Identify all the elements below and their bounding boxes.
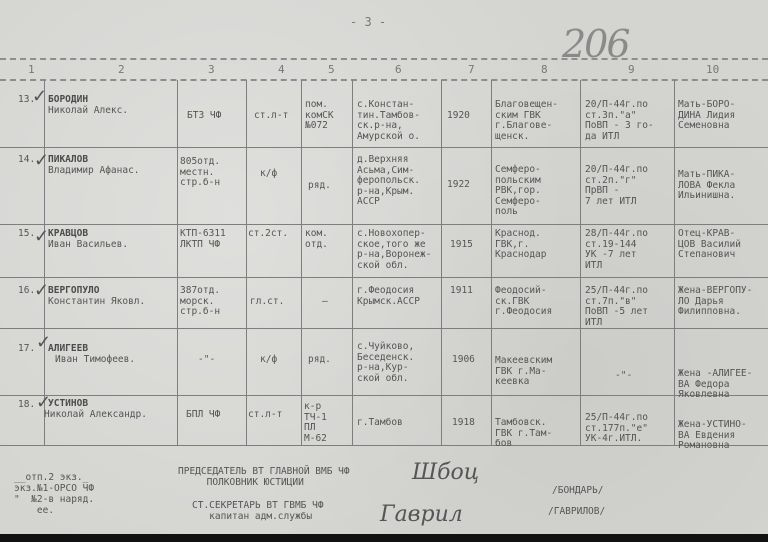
relatives: Жена-УСТИНО- ВА Евдения Романовна bbox=[678, 420, 747, 452]
relatives: Жена -АЛИГЕЕ- ВА Федора Яковлевна bbox=[678, 369, 752, 401]
archival-document-page: - 3 - 206 1 2 3 4 5 6 7 8 9 10 ✓ 13. БОР… bbox=[0, 0, 768, 534]
unit: КТП-6311 ЛКТП ЧФ bbox=[180, 229, 226, 250]
given-name: Николай Алекс. bbox=[48, 106, 128, 117]
chairman-name: /БОНДАРЬ/ bbox=[552, 485, 603, 496]
birth-year: 1922 bbox=[447, 180, 470, 191]
header-rule-top bbox=[0, 58, 768, 60]
column-number: 5 bbox=[328, 63, 335, 76]
drafted-by: Краснод. ГВК,г. Краснодар bbox=[495, 229, 546, 261]
row-divider bbox=[0, 147, 768, 148]
position: ряд. bbox=[308, 355, 331, 366]
relatives: Мать-БОРО- ДИНА Лидия Семеновна bbox=[678, 100, 735, 132]
surname: ПИКАЛОВ bbox=[48, 155, 88, 166]
row-number: 16. bbox=[18, 286, 35, 297]
relatives: Жена-ВЕРГОПУ- ЛО Дарья Филипповна. bbox=[678, 286, 752, 318]
rank: ст.л-т bbox=[254, 111, 288, 122]
scan-edge bbox=[0, 534, 768, 542]
relatives: Отец-КРАВ- ЦОВ Василий Степанович bbox=[678, 229, 741, 261]
row-divider bbox=[0, 395, 768, 396]
column-divider bbox=[441, 80, 442, 445]
birthplace: г.Феодосия Крымск.АССР bbox=[357, 286, 420, 307]
row-number: 17. bbox=[18, 344, 35, 355]
unit: БПЛ ЧФ bbox=[186, 410, 220, 421]
sentence: 25/П-44г.по ст.177п."е" УК-4г.ИТЛ. bbox=[585, 413, 648, 445]
chairman-title: ПРЕДСЕДАТЕЛЬ ВТ ГЛАВНОЙ ВМБ ЧФ ПОЛКОВНИК… bbox=[178, 466, 350, 488]
sentence: 25/П-44г.по ст.7п."в" ПоВП -5 лет ИТЛ bbox=[585, 286, 648, 328]
birthplace: с.Новохопер- ское,того же р-на,Воронеж- … bbox=[357, 229, 431, 271]
rank: к/ф bbox=[260, 169, 277, 180]
column-number: 4 bbox=[278, 63, 285, 76]
birth-year: 1915 bbox=[450, 240, 473, 251]
checkmark-icon: ✓ bbox=[34, 280, 49, 301]
birth-year: 1911 bbox=[450, 286, 473, 297]
position: ряд. bbox=[308, 181, 331, 192]
checkmark-icon: ✓ bbox=[34, 226, 49, 247]
birthplace: с.Констан- тин.Тамбов- ск.р-на, Амурской… bbox=[357, 100, 420, 142]
drafted-by: Макеевским ГВК г.Ма- кеевка bbox=[495, 356, 552, 388]
column-number: 8 bbox=[541, 63, 548, 76]
row-number: 15. bbox=[18, 229, 35, 240]
surname: КРАВЦОВ bbox=[48, 229, 88, 240]
birth-year: 1920 bbox=[447, 111, 470, 122]
column-number: 3 bbox=[208, 63, 215, 76]
column-divider bbox=[491, 80, 492, 445]
column-number: 7 bbox=[468, 63, 475, 76]
drafted-by: Семферо- польским РВК,гор. Семферо- поль bbox=[495, 165, 541, 218]
surname: УСТИНОВ bbox=[48, 399, 88, 410]
birth-year: 1906 bbox=[452, 355, 475, 366]
birthplace: д.Верхняя Асьма,Сим- феропольск. р-на,Кр… bbox=[357, 155, 420, 208]
given-name: Владимир Афанас. bbox=[48, 166, 140, 177]
row-divider bbox=[0, 224, 768, 225]
given-name: Николай Александр. bbox=[44, 410, 147, 421]
chairman-signature: Шбоц bbox=[412, 460, 479, 485]
row-divider bbox=[0, 277, 768, 278]
drafted-by: Феодосий- ск.ГВК г.Феодосия bbox=[495, 286, 552, 318]
position: к-р ТЧ-1 ПЛ М-62 bbox=[304, 402, 327, 444]
column-number: 10 bbox=[706, 63, 719, 76]
drafted-by: Благовещен- ским ГВК г.Благове- щенск. bbox=[495, 100, 558, 142]
row-number: 13. bbox=[18, 95, 35, 106]
row-number: 18. bbox=[18, 400, 35, 411]
header-rule-bottom bbox=[0, 79, 768, 81]
column-divider bbox=[246, 80, 247, 445]
sentence: 28/П-44г.по ст.19-144 УК -7 лет ИТЛ bbox=[585, 229, 648, 271]
surname: ВЕРГОПУЛО bbox=[48, 286, 99, 297]
given-name: Константин Яковл. bbox=[48, 297, 145, 308]
column-divider bbox=[580, 80, 581, 445]
column-number: 6 bbox=[395, 63, 402, 76]
secretary-title: СТ.СЕКРЕТАРЬ ВТ ГВМБ ЧФ капитан адм.служ… bbox=[192, 500, 324, 522]
checkmark-icon: ✓ bbox=[34, 150, 49, 171]
birthplace: с.Чуйково, Беседенск. р-на,Кур- ской обл… bbox=[357, 342, 414, 384]
row-divider bbox=[0, 445, 768, 446]
surname: АЛИГЕЕВ bbox=[48, 344, 88, 355]
secretary-name: /ГАВРИЛОВ/ bbox=[548, 506, 605, 517]
rank: ст.2ст. bbox=[248, 229, 288, 240]
column-number: 2 bbox=[118, 63, 125, 76]
unit: 387отд. морск. стр.б-н bbox=[180, 286, 220, 318]
sentence: -"- bbox=[615, 371, 632, 382]
position: пом. комСК №072 bbox=[305, 100, 334, 132]
rank: гл.ст. bbox=[250, 297, 284, 308]
position: ком. отд. bbox=[305, 229, 328, 250]
column-divider bbox=[44, 80, 45, 445]
secretary-signature: Гаврил bbox=[380, 502, 463, 527]
unit: 805отд. местн. стр.б-н bbox=[180, 157, 220, 189]
column-divider bbox=[674, 80, 675, 445]
relatives: Мать-ПИКА- ЛОВА Фекла Ильинишна. bbox=[678, 170, 735, 202]
row-divider bbox=[0, 328, 768, 329]
column-divider bbox=[352, 80, 353, 445]
page-number: - 3 - bbox=[350, 15, 386, 29]
rank: ст.л-т bbox=[248, 410, 282, 421]
column-divider bbox=[301, 80, 302, 445]
surname: БОРОДИН bbox=[48, 95, 88, 106]
given-name: Иван Васильев. bbox=[48, 240, 128, 251]
given-name: Иван Тимофеев. bbox=[55, 355, 135, 366]
birth-year: 1918 bbox=[452, 418, 475, 429]
row-number: 14. bbox=[18, 155, 35, 166]
birthplace: г.Тамбов bbox=[357, 418, 403, 429]
sentence: 20/П-44г.по ст.3п."а" ПоВП - 3 го- да ИТ… bbox=[585, 100, 654, 142]
column-divider bbox=[177, 80, 178, 445]
column-number: 9 bbox=[628, 63, 635, 76]
position: – bbox=[322, 297, 328, 308]
column-number: 1 bbox=[28, 63, 35, 76]
rank: к/ф bbox=[260, 355, 277, 366]
distribution-note: __отп.2 экз._ экз.№1-ОРСО ЧФ " №2-в наря… bbox=[14, 472, 94, 516]
unit: БТЗ ЧФ bbox=[187, 111, 221, 122]
unit: -"- bbox=[198, 355, 215, 366]
sentence: 20/П-44г.по ст.2п."г" ПрВП - 7 лет ИТЛ bbox=[585, 165, 648, 207]
drafted-by: Тамбовск. ГВК г.Там- бов bbox=[495, 418, 552, 450]
